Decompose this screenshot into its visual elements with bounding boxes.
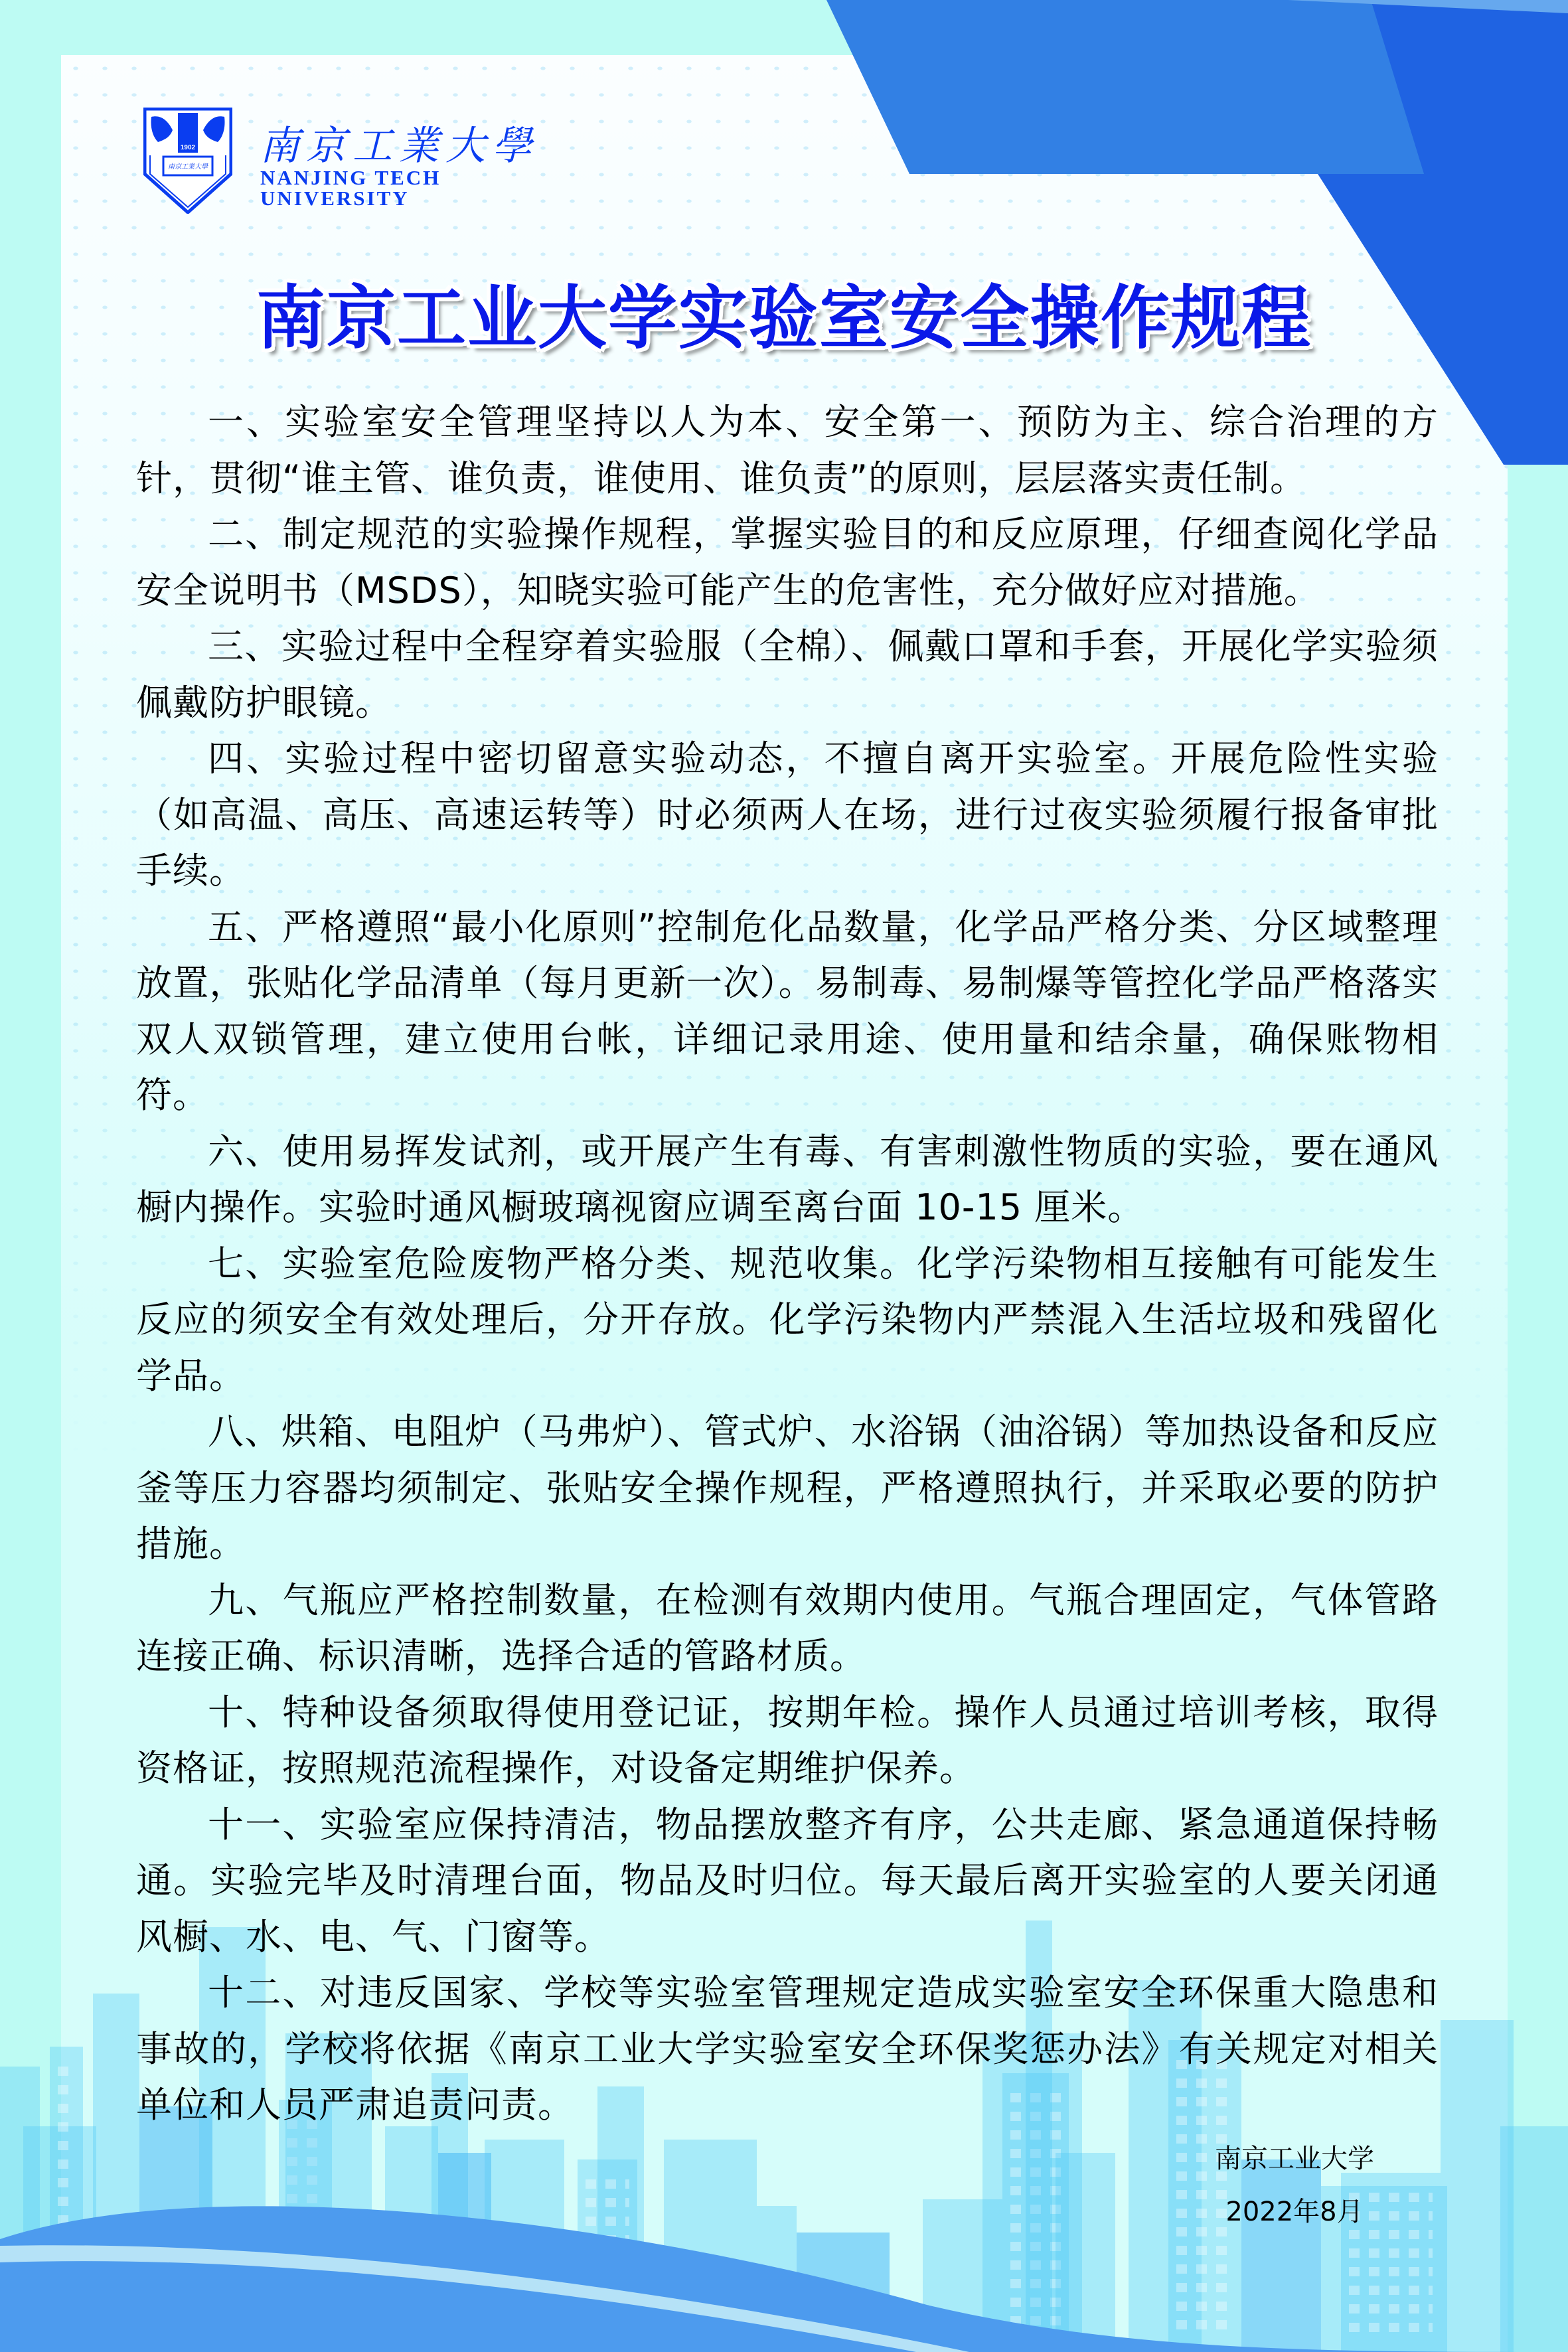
logo-name-en-line2: UNIVERSITY xyxy=(260,188,441,208)
signature-block: 南京工业大学 2022年8月 xyxy=(1195,2132,1394,2238)
page-title: 南京工业大学实验室安全操作规程 xyxy=(0,262,1568,362)
svg-text:1902: 1902 xyxy=(181,144,196,151)
rule-10: 十、特种设备须取得使用登记证，按期年检。操作人员通过培训考核，取得资格证，按照规… xyxy=(136,1685,1439,1797)
rule-5: 五、严格遵照“最小化原则”控制危化品数量，化学品严格分类、分区域整理放置，张贴化… xyxy=(136,900,1439,1124)
decorative-band xyxy=(826,0,1424,174)
rule-11: 十一、实验室应保持清洁，物品摆放整齐有序，公共走廊、紧急通道保持畅通。实验完毕及… xyxy=(136,1797,1439,1966)
rule-2: 二、制定规范的实验操作规程，掌握实验目的和反应原理，仔细查阅化学品安全说明书（M… xyxy=(136,507,1439,619)
rule-3: 三、实验过程中全程穿着实验服（全棉）、佩戴口罩和手套，开展化学实验须佩戴防护眼镜… xyxy=(136,619,1439,731)
rule-12: 十二、对违反国家、学校等实验室管理规定造成实验室安全环保重大隐患和事故的，学校将… xyxy=(136,1965,1439,2134)
rule-1: 一、实验室安全管理坚持以人为本、安全第一、预防为主、综合治理的方针，贯彻“谁主管… xyxy=(136,394,1439,507)
rules-list: 一、实验室安全管理坚持以人为本、安全第一、预防为主、综合治理的方针，贯彻“谁主管… xyxy=(136,394,1439,2134)
rule-9: 九、气瓶应严格控制数量，在检测有效期内使用。气瓶合理固定，气体管路连接正确、标识… xyxy=(136,1573,1439,1685)
rule-6: 六、使用易挥发试剂，或开展产生有毒、有害刺激性物质的实验，要在通风橱内操作。实验… xyxy=(136,1124,1439,1236)
rule-4: 四、实验过程中密切留意实验动态，不擅自离开实验室。开展危险性实验（如高温、高压、… xyxy=(136,731,1439,900)
logo-name-cn: 南京工業大學 xyxy=(260,114,538,171)
issue-date: 2022年8月 xyxy=(1195,2185,1394,2238)
logo-name-en: NANJING TECH UNIVERSITY xyxy=(260,167,441,208)
university-crest-icon: 1902 南京工業大學 xyxy=(143,108,232,214)
svg-text:南京工業大學: 南京工業大學 xyxy=(168,163,208,171)
rule-8: 八、烘箱、电阻炉（马弗炉）、管式炉、水浴锅（油浴锅）等加热设备和反应釜等压力容器… xyxy=(136,1404,1439,1573)
university-logo: 1902 南京工業大學 南京工業大學 NANJING TECH UNIVERSI… xyxy=(143,108,515,214)
issuer-name: 南京工业大学 xyxy=(1195,2132,1394,2185)
logo-name-en-line1: NANJING TECH xyxy=(260,167,441,188)
rule-7: 七、实验室危险废物严格分类、规范收集。化学污染物相互接触有可能发生反应的须安全有… xyxy=(136,1236,1439,1405)
